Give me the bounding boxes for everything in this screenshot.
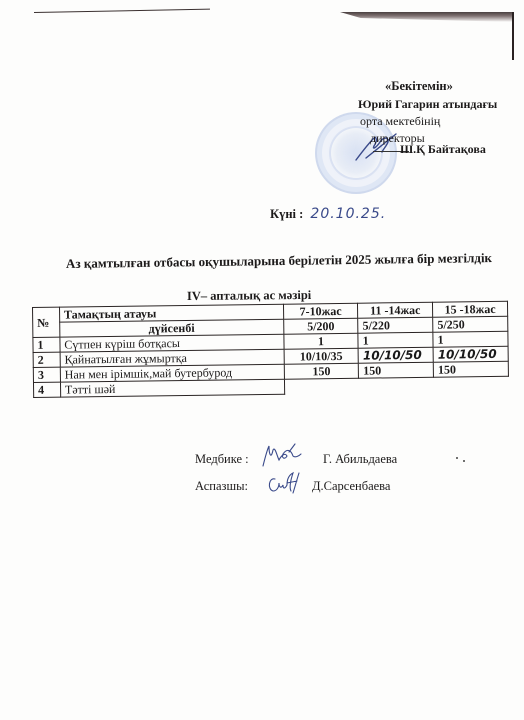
table-cell: 150	[433, 361, 508, 377]
nurse-signature-icon	[259, 442, 303, 470]
scanned-document-page: «Бекітемін» Юрий Гагарин атындағы орта м…	[0, 0, 524, 720]
table-cell: 5/220	[358, 317, 433, 333]
document-title: Аз қамтылған отбасы оқушыларына берілеті…	[66, 250, 492, 272]
table-cell: 1	[358, 332, 433, 348]
row-number: 2	[33, 352, 60, 367]
date-row: Күні : 20.10.25.	[270, 206, 386, 222]
table-cell: 1	[284, 333, 359, 349]
empty-cell	[284, 378, 359, 394]
approval-title: «Бекітемін»	[385, 78, 453, 94]
scan-speck	[456, 457, 458, 459]
table-cell: 150	[359, 362, 434, 378]
table-cell-handwritten: 10/10/50	[358, 347, 433, 363]
header-age-11-14: 11 -14жас	[358, 302, 433, 318]
nurse-name: Г. Абильдаева	[323, 452, 397, 467]
document-subtitle: IV– апталық ас мәзірі	[187, 288, 311, 304]
table-cell: 5/250	[433, 316, 508, 332]
school-type: орта мектебінің	[360, 113, 440, 129]
table-cell: 150	[284, 363, 359, 379]
scan-artifact-line	[34, 9, 210, 13]
menu-table: № Тамақтың атауы 7-10жас 11 -14жас 15 -1…	[32, 301, 509, 398]
table-cell: 5/200	[283, 318, 358, 334]
nurse-label: Медбике :	[195, 452, 249, 467]
empty-cell	[359, 377, 434, 393]
scan-artifact-edge	[512, 12, 514, 60]
cook-name: Д.Сарсенбаева	[312, 479, 390, 494]
header-age-7-10: 7-10жас	[283, 303, 358, 319]
header-number: №	[33, 307, 60, 337]
school-name: Юрий Гагарин атындағы	[358, 96, 497, 112]
menu-table-container: № Тамақтың атауы 7-10жас 11 -14жас 15 -1…	[32, 301, 509, 398]
table-cell: 10/10/35	[284, 348, 359, 364]
table-cell-handwritten: 10/10/50	[433, 346, 508, 362]
date-value: 20.10.25.	[310, 206, 386, 222]
director-name: Ш.Қ Байтақова	[400, 141, 486, 157]
row-number: 4	[33, 382, 60, 397]
header-age-15-18: 15 -18жас	[433, 301, 508, 317]
date-label: Күні :	[270, 207, 303, 221]
food-name: Тәтті шәй	[60, 379, 284, 397]
table-cell: 1	[433, 331, 508, 347]
row-number: 3	[33, 367, 60, 382]
empty-cell	[434, 376, 509, 392]
scan-speck	[463, 460, 465, 462]
cook-label: Аспазшы:	[195, 479, 248, 494]
cook-signature-icon	[265, 469, 309, 497]
row-number: 1	[33, 337, 60, 352]
scan-artifact-shadow	[340, 12, 512, 22]
